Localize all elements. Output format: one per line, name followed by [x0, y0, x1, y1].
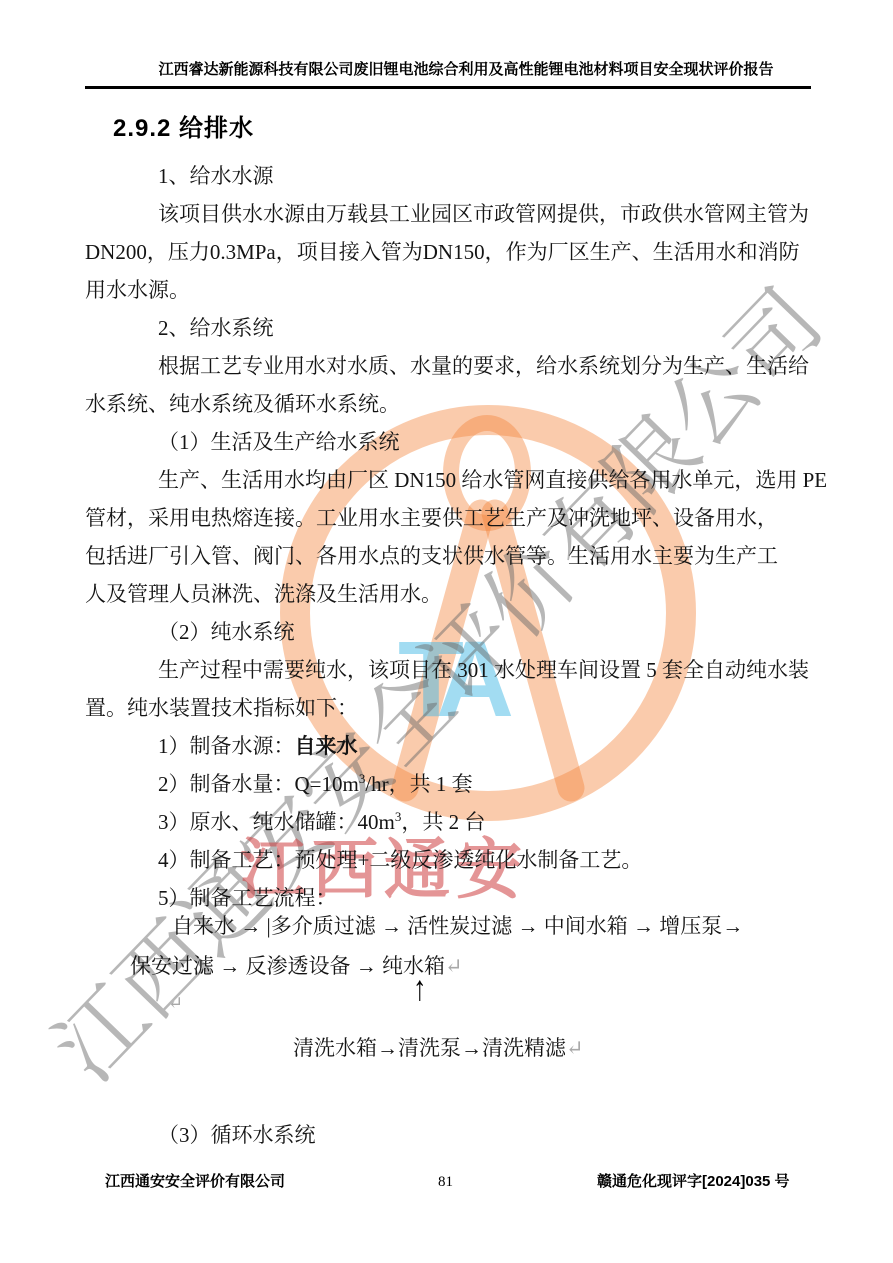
footer-page-number: 81 — [438, 1174, 453, 1191]
body-line: 人及管理人员淋洗、洗涤及生活用水。 — [85, 581, 442, 608]
superscript: 3 — [359, 771, 366, 786]
header-rule — [85, 86, 811, 89]
flow-line-3: 清洗水箱→清洗泵→清洗精滤↵ — [293, 1035, 584, 1062]
flow-line-3-text: 清洗水箱→清洗泵→清洗精滤 — [293, 1036, 566, 1060]
spec-volume-rest: /hr，共 1 套 — [365, 772, 472, 796]
flow-label: 5）制备工艺流程： — [158, 885, 337, 912]
spec-source-value: 自来水 — [295, 734, 358, 758]
spec-volume-text: 2）制备水量：Q=10m — [158, 772, 359, 796]
spec-line-volume: 2）制备水量：Q=10m3/hr，共 1 套 — [158, 771, 473, 800]
spec-line-process: 4）制备工艺：预处理+二级反渗透纯化水制备工艺。 — [158, 847, 642, 874]
spec-tank-rest: ，共 2 台 — [401, 810, 485, 834]
section-heading: 2.9.2 给排水 — [113, 108, 254, 143]
body-line: 包括进厂引入管、阀门、各用水点的支状供水管等。生活用水主要为生产工 — [85, 543, 778, 570]
body-line: 水系统、纯水系统及循环水系统。 — [85, 391, 400, 418]
body-line: 根据工艺专业用水对水质、水量的要求，给水系统划分为生产、生活给 — [158, 353, 809, 380]
flow-line-1: 自来水 → |多介质过滤 → 活性炭过滤 → 中间水箱 → 增压泵→ — [172, 913, 743, 940]
footer-company: 江西通安安全评价有限公司 — [105, 1170, 285, 1191]
flow-line-2-text: 保安过滤 → 反渗透设备 → 纯水箱 — [130, 954, 445, 978]
spec-line-tank: 3）原水、纯水储罐：40m3，共 2 台 — [158, 809, 485, 838]
body-line: 生产、生活用水均由厂区 DN150 给水管网直接供给各用水单元，选用 PE — [158, 467, 827, 494]
superscript: 3 — [395, 809, 402, 824]
document-page: TA 江西通安安全评价有限公司 江西通安 江西睿达新能源科技有限公司废旧锂电池综… — [0, 0, 893, 1263]
return-mark: ↵ — [445, 954, 463, 978]
body-line: （1）生活及生产给水系统 — [158, 429, 400, 456]
return-mark: ↵ — [168, 993, 183, 1014]
page-header-title: 江西睿达新能源科技有限公司废旧锂电池综合利用及高性能锂电池材料项目安全现状评价报… — [120, 58, 812, 79]
body-line: DN200，压力0.3MPa，项目接入管为DN150，作为厂区生产、生活用水和消… — [85, 239, 800, 266]
body-line: （2）纯水系统 — [158, 619, 295, 646]
footer-doc-number: 赣通危化现评字[2024]035 号 — [597, 1170, 790, 1191]
spec-source-label: 1）制备水源： — [158, 734, 295, 758]
body-line: 置。纯水装置技术指标如下： — [85, 695, 358, 722]
spec-line-source: 1）制备水源：自来水 — [158, 733, 358, 760]
spec-tank-text: 3）原水、纯水储罐：40m — [158, 810, 395, 834]
body-line: 1、给水水源 — [158, 163, 274, 190]
body-line: 用水水源。 — [85, 277, 190, 304]
body-line: 生产过程中需要纯水，该项目在 301 水处理车间设置 5 套全自动纯水装 — [158, 657, 809, 684]
body-line: 管材，采用电热熔连接。工业用水主要供工艺生产及冲洗地坪、设备用水， — [85, 505, 778, 532]
flow-up-arrow: ↑ — [413, 978, 427, 1009]
body-line: 该项目供水水源由万载县工业园区市政管网提供，市政供水管网主管为 — [158, 201, 809, 228]
body-line: 2、给水系统 — [158, 315, 274, 342]
circulating-heading: （3）循环水系统 — [158, 1122, 316, 1149]
return-mark: ↵ — [566, 1036, 584, 1060]
